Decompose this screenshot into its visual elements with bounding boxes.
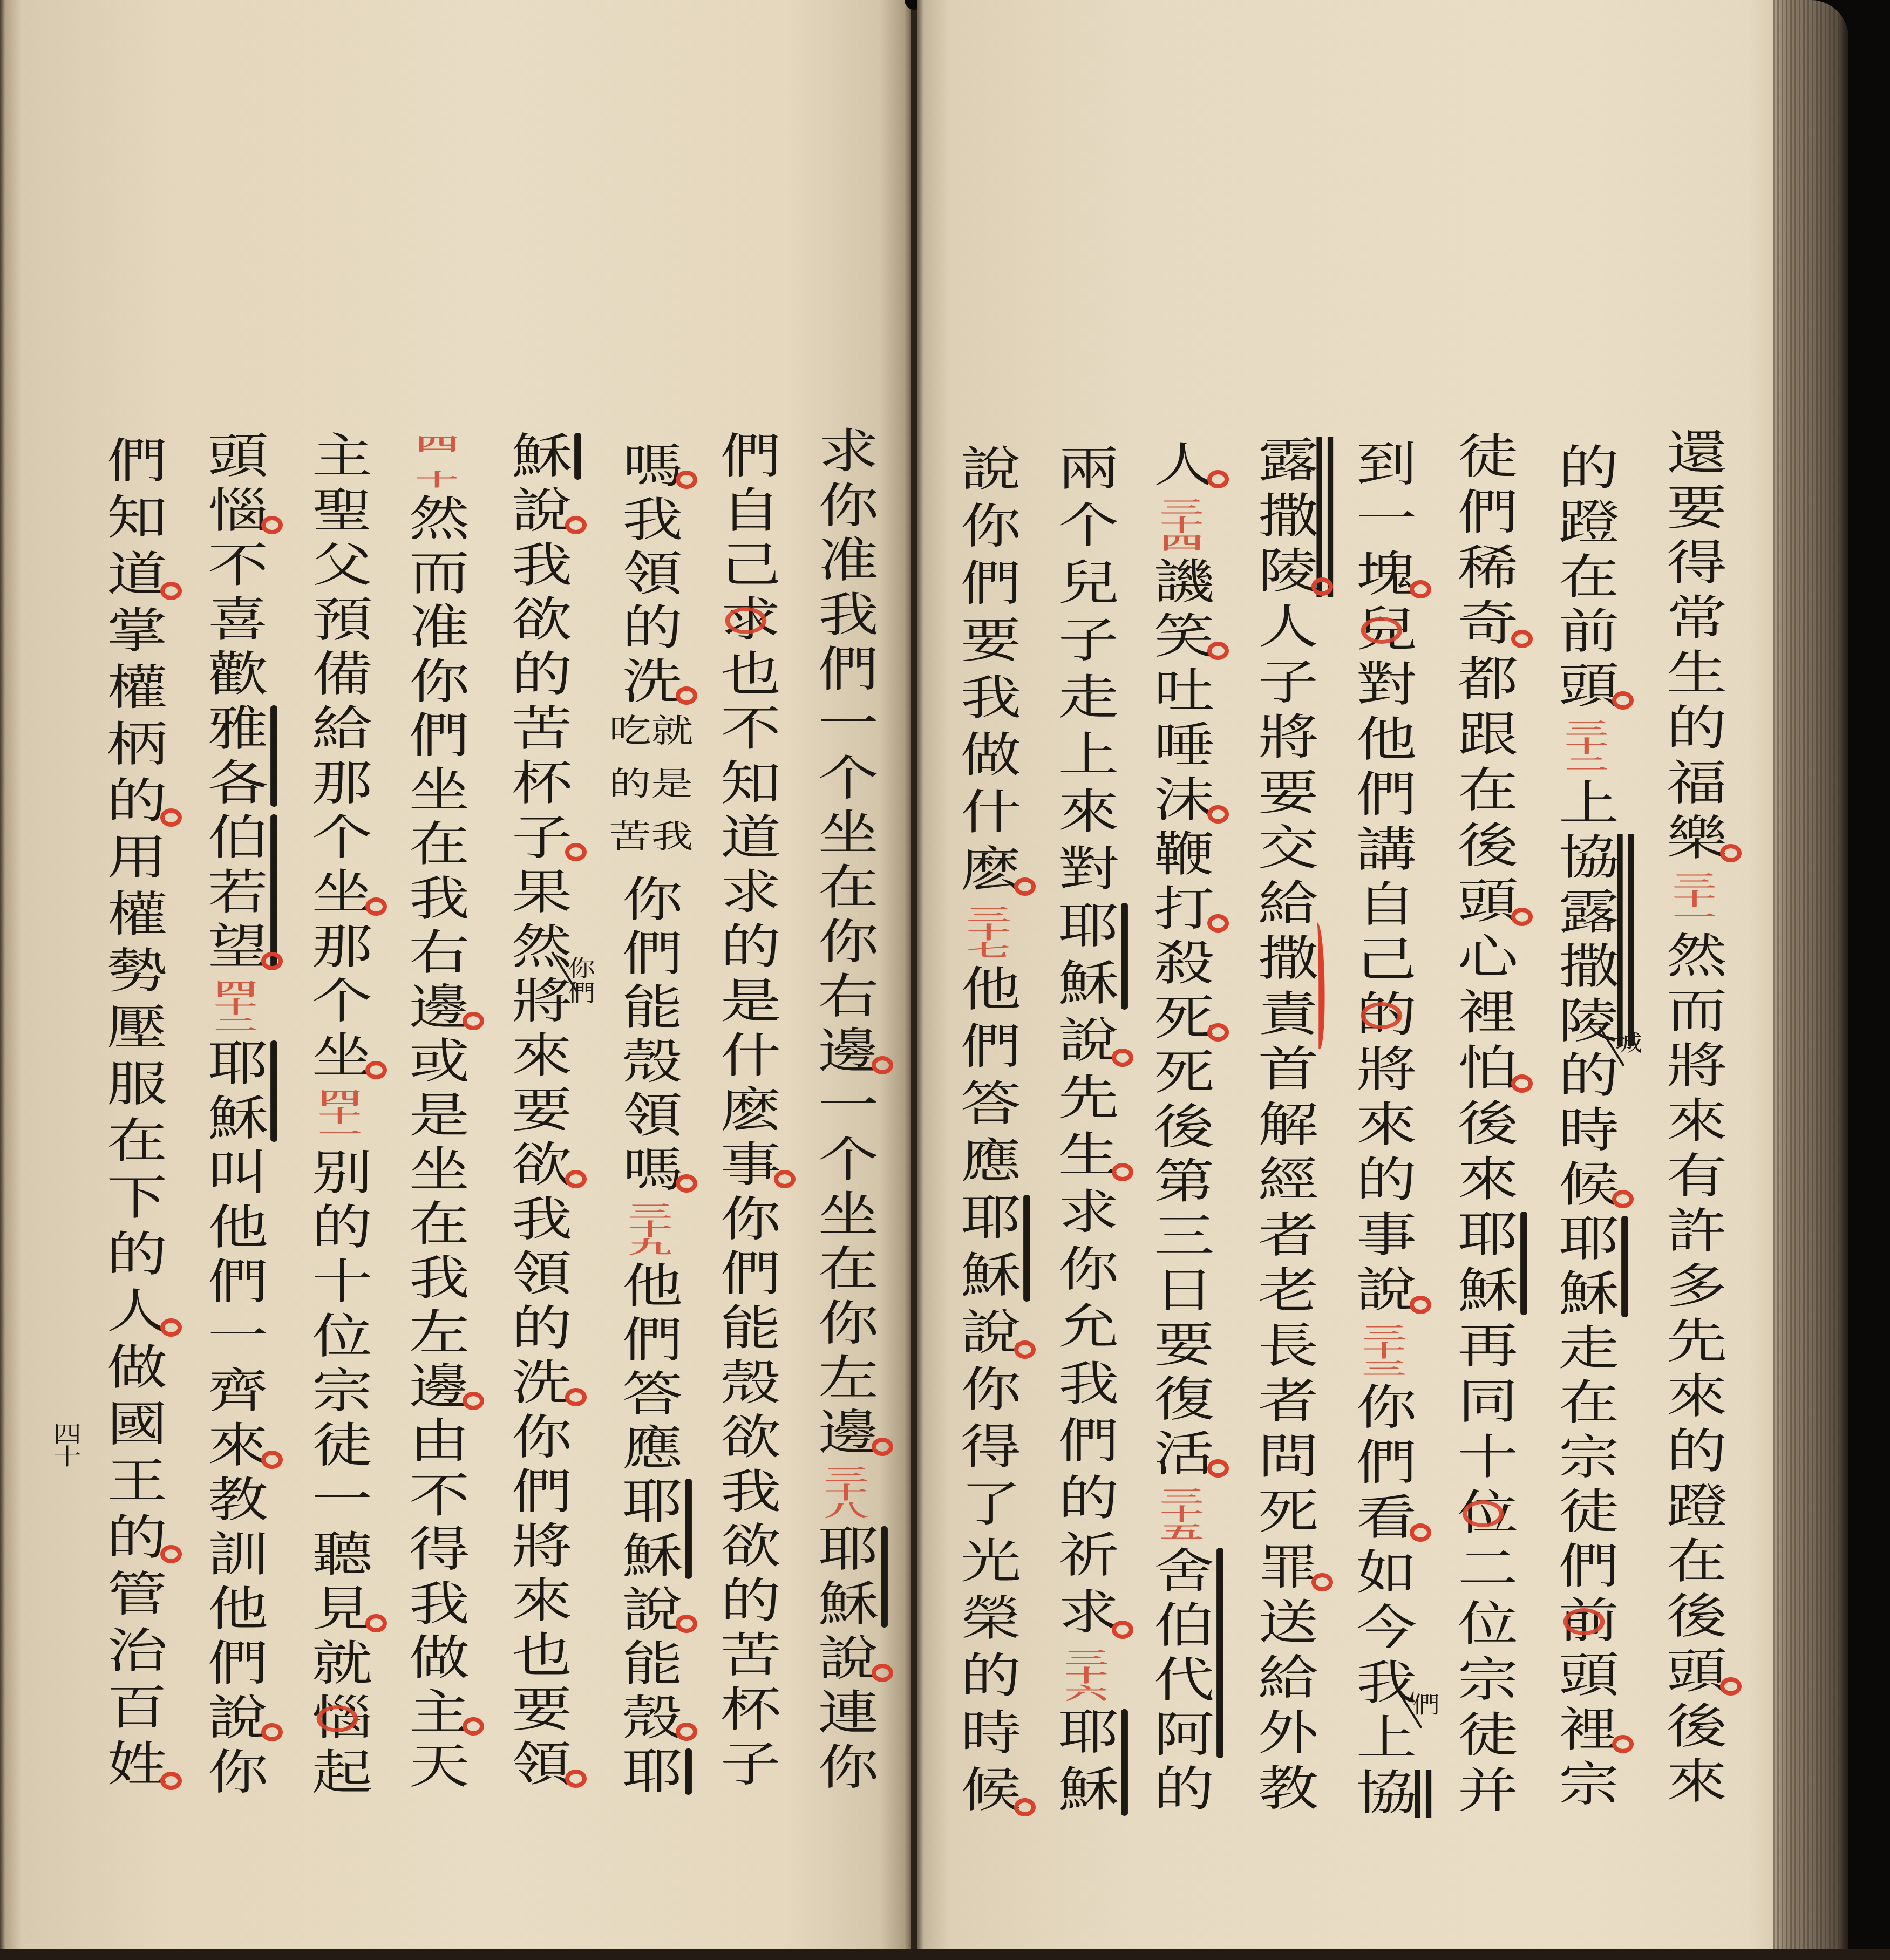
text-run: 做國王的: [102, 1342, 163, 1569]
text-run: 到一塊: [1351, 439, 1412, 604]
verse-number: 三十三: [1360, 1324, 1403, 1377]
text-run: 鞭打: [1149, 829, 1210, 938]
verse-number: 三十四: [1158, 498, 1201, 551]
verse-number: 三十五: [1158, 1487, 1201, 1540]
verse-number: 三十一: [1670, 872, 1714, 925]
text-run: 管治百姓: [102, 1569, 163, 1795]
text-run: 殺死: [1149, 938, 1210, 1047]
text-run: 然而准你們坐在我右邊: [404, 493, 465, 1036]
text-run: 你們能殼欲我欲的苦杯子: [716, 1194, 777, 1793]
place-name-marked: 協露撒陵: [1554, 832, 1615, 1050]
person-name-marked: 耶穌: [813, 1524, 874, 1633]
book-bottom-edge: [0, 1949, 1890, 1960]
text-run: 人: [1149, 439, 1210, 494]
right-column-6: 人○三十四譏笑○吐唾沫○鞭打○殺死○死後第三日要復活○三十五舍伯代阿的: [1131, 439, 1228, 1818]
text-run: 送給外教: [1253, 1597, 1314, 1818]
text-run: 掌權柄的: [102, 605, 163, 832]
text-run: 的蹬在前頭: [1554, 443, 1615, 715]
text-run: 就: [307, 1638, 368, 1692]
text-run: 他們答應: [956, 964, 1017, 1193]
right-column-7: 兩个兒子走上來對耶穌說○先生○求你允我們的祈求○三十六耶穌: [1035, 443, 1132, 1821]
person-name-marked: 耶穌: [203, 1038, 264, 1147]
text-run: 人子將要交給: [1253, 601, 1314, 933]
text-run: 我領的洗: [507, 1194, 568, 1412]
text-run: 首解經者老長者問死罪: [1253, 1044, 1314, 1597]
right-column-4: 到一塊○兒對他們講自己的將來的事說○三十三你們看○如今我們上協: [1333, 439, 1430, 1822]
circled-character: 的: [1351, 989, 1412, 1044]
right-column-2: 的蹬在前頭○三十二上協露撒陵城的時候○耶穌走在宗徒們前頭裡○宗: [1535, 443, 1633, 1813]
text-run: 徒們稀奇: [1453, 431, 1514, 654]
person-name-marked: 耶穌: [1053, 1707, 1114, 1821]
text-run: 上: [1554, 778, 1615, 832]
text-run: 譏笑: [1149, 556, 1210, 665]
text-run: 說你們要我做什麽: [956, 444, 1017, 901]
text-run: 能殼: [617, 1638, 678, 1746]
person-name-marked: 耶穌: [1453, 1209, 1514, 1321]
verse-number: 三十八: [822, 1466, 865, 1519]
text-run: 將來的事說: [1351, 1044, 1412, 1319]
text-run: 我領的洗: [617, 494, 678, 710]
text-run: 們自己: [716, 431, 777, 594]
text-run: 的時候: [1554, 1050, 1615, 1214]
gloss-line: 吃的苦: [606, 713, 648, 872]
text-run: 後來: [1453, 1098, 1514, 1209]
text-run: 我欲的苦杯子: [507, 540, 568, 867]
text-run: 上: [1351, 1712, 1412, 1767]
text-run: 或是坐在我左邊: [404, 1036, 465, 1415]
text-run: 的: [1149, 1764, 1210, 1818]
verse-number: 四十二: [212, 980, 255, 1033]
right-column-5: 露撒陵○人子將要交給撒責首解經者老長者問死罪○送給外教: [1235, 435, 1332, 1818]
text-run: 主聖父預備給那个坐: [307, 431, 368, 921]
person-name-marked: 耶穌: [1053, 901, 1114, 1015]
text-run: 們知道: [102, 435, 163, 605]
text-run: 後來: [1662, 1701, 1723, 1811]
gloss-line: 就是我: [648, 713, 690, 872]
open-manuscript-book: 求你准我們一个坐在你右邊○一个坐在你左邊○三十八耶穌說○連你 們自己求也不知道求…: [0, 0, 1890, 1960]
text-run: 那个坐: [307, 921, 368, 1085]
text-run: 嗎: [617, 440, 678, 494]
verse-number: 三十二: [1562, 719, 1606, 772]
text-run: 求你准我們一个坐在你右邊: [813, 426, 874, 1080]
verse-number: 四十一: [316, 1089, 359, 1142]
text-run: 對他們講自己: [1351, 659, 1412, 989]
person-name-marked: 舍伯代阿: [1149, 1546, 1210, 1764]
text-run: 再同十: [1453, 1321, 1514, 1487]
circled-character: 求: [716, 594, 777, 649]
circled-character: 惱: [307, 1692, 368, 1747]
page-stack-edges: [1773, 0, 1848, 1949]
text-run: 一个坐在你左邊: [813, 1080, 874, 1461]
text-run: 吐唾沫: [1149, 665, 1210, 829]
text-run: 他們答應: [617, 1261, 678, 1476]
red-margin-mark: 撒責: [1253, 933, 1314, 1044]
page-number: 四十: [51, 1422, 80, 1467]
book-gutter: [911, 0, 917, 1949]
person-name-marked: 耶: [617, 1746, 678, 1800]
text-run: 如今我: [1351, 1547, 1412, 1712]
text-run: 心裡怕: [1453, 931, 1514, 1098]
text-run: 走在宗徒們: [1554, 1323, 1615, 1595]
text-run: 說: [617, 1584, 678, 1638]
left-column-8: 們知道○掌權柄的○用權勢壓服在下的人○做國王的○管治百姓○: [84, 435, 181, 1795]
text-run: 你們看: [1351, 1382, 1412, 1547]
text-run: 用權勢壓服在下的人: [102, 832, 163, 1342]
text-run: 說: [813, 1633, 874, 1687]
right-column-3: 徒們稀奇○都跟在後頭○心裡怕○後來耶穌再同十位二位宗徒并: [1435, 431, 1532, 1821]
person-name-marked: 耶穌: [956, 1193, 1017, 1307]
text-run: 然而將來有許多先來的蹬在後頭: [1662, 930, 1723, 1701]
interlinear-gloss: 就是我吃的苦: [610, 713, 685, 872]
circled-character: 前: [1554, 1595, 1615, 1650]
text-run: 不喜歡: [203, 540, 264, 703]
left-column-5: 四十然而准你們坐在我右邊○或是坐在我左邊○由不得我做主○天: [386, 431, 483, 1795]
text-run: 你: [203, 1747, 264, 1801]
text-run: 叫他們一齊來: [203, 1147, 264, 1474]
text-run: 也不知道求的是什麽事: [716, 649, 777, 1194]
text-run: 你們能殼領嗎: [617, 874, 678, 1198]
text-run: 說: [1053, 1015, 1114, 1072]
text-run: 連你: [813, 1687, 874, 1796]
text-run: 宗: [1554, 1759, 1615, 1813]
place-name-marked: 協: [1351, 1767, 1412, 1822]
text-run: 天: [404, 1741, 465, 1795]
verse-number: 三十九: [626, 1202, 669, 1255]
left-column-3: 嗎○我領的洗○就是我吃的苦你們能殼領嗎○三十九他們答應耶穌說○能殼○耶: [599, 440, 696, 1800]
text-run: 教訓他們說: [203, 1474, 264, 1747]
circled-character: 兒: [1351, 604, 1412, 659]
right-page: 還要得常生的福樂○三十一然而將來有許多先來的蹬在後頭○後來 的蹬在前頭○三十二上…: [917, 0, 1773, 1949]
text-run: 起: [307, 1747, 368, 1801]
text-run: 頭裡: [1554, 1650, 1615, 1759]
person-name-marked: 耶穌: [617, 1476, 678, 1584]
text-run: 還要得常生的福樂: [1662, 427, 1723, 868]
person-name-marked: 穌: [507, 431, 568, 485]
text-run: 由不得我做主: [404, 1415, 465, 1741]
left-column-7: 頭惱○不喜歡雅各伯若望○四十二耶穌叫他們一齊來○教訓他們說○你: [185, 431, 282, 1801]
left-column-4: 穌說○我欲的苦杯子○果然你們將來要欲○我領的洗○你們將來也要領○: [488, 431, 586, 1793]
text-run: 别的十位宗徒一聽見: [307, 1147, 368, 1638]
place-name-marked: 露撒陵: [1253, 435, 1314, 601]
verse-number: 三十六: [1062, 1649, 1105, 1702]
text-run: 你得了光榮的時候: [956, 1364, 1017, 1822]
text-run: 二位宗徒并: [1453, 1543, 1514, 1821]
verse-number: 四十: [413, 435, 456, 488]
left-column-1: 求你准我們一个坐在你右邊○一个坐在你左邊○三十八耶穌說○連你: [795, 426, 892, 1796]
text-run: 你們將來也要領: [507, 1412, 568, 1793]
left-column-6: 主聖父預備給那个坐○那个坐○四十一别的十位宗徒一聽見○就惱起: [289, 431, 386, 1801]
text-run: 說: [507, 485, 568, 540]
left-column-2: 們自己求也不知道求的是什麽事○你們能殼欲我欲的苦杯子: [697, 431, 794, 1793]
right-column-1: 還要得常生的福樂○三十一然而將來有許多先來的蹬在後頭○後來: [1643, 427, 1741, 1811]
person-name-marked: 雅各: [203, 703, 264, 812]
left-page: 求你准我們一个坐在你右邊○一个坐在你左邊○三十八耶穌說○連你 們自己求也不知道求…: [0, 0, 912, 1949]
text-run: 兩个兒子走上來對: [1053, 443, 1114, 901]
text-run: 頭惱: [203, 431, 264, 540]
text-run: 都跟在後頭: [1453, 654, 1514, 931]
text-run: 先生: [1053, 1072, 1114, 1187]
person-name-marked: 伯若望: [203, 812, 264, 976]
text-run: 求你允我們的祈求: [1053, 1187, 1114, 1644]
verse-number: 三十七: [964, 906, 1008, 958]
text-run: 將來要欲: [507, 976, 568, 1194]
circled-character: 位: [1453, 1487, 1514, 1543]
person-name-marked: 耶穌: [1554, 1214, 1615, 1323]
text-run: 說: [956, 1307, 1017, 1364]
right-column-8: 說你們要我做什麽○三十七他們答應耶穌說○你得了光榮的時候○: [937, 444, 1035, 1822]
text-run: 死後第三日要復活: [1149, 1047, 1210, 1483]
